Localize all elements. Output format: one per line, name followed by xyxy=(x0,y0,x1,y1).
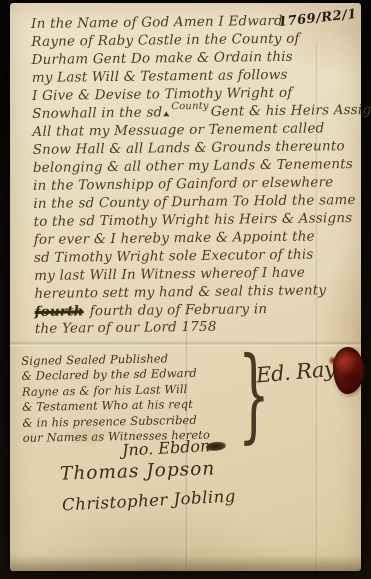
interlinear-insertion: County xyxy=(171,97,209,115)
ink-blot xyxy=(206,441,226,451)
paper-edge-shadow xyxy=(10,555,361,571)
date-line-text: fourth day of February in xyxy=(90,301,268,319)
manuscript-line: the Year of our Lord 1758 xyxy=(35,317,355,339)
wax-seal-drip xyxy=(328,356,338,365)
witness-signature-2: Thomas Jopson xyxy=(60,458,216,484)
will-body-text: In the Name of God Amen I Edward Rayne o… xyxy=(31,12,355,339)
witness-signature-3: Christopher Jobling xyxy=(62,486,237,514)
line-text-after-insert: Gent & his Heirs Assigns xyxy=(211,101,371,119)
witness-name: Thomas Jopson xyxy=(60,458,216,484)
caret-insertion-mark xyxy=(163,111,169,116)
witness-name: Christopher Jobling xyxy=(62,486,237,514)
line-text-before-insert: Snowhall in the sd xyxy=(32,104,162,122)
attestation-bracket: } xyxy=(238,344,250,446)
red-wax-seal xyxy=(333,347,364,394)
attestation-clause: Signed Sealed Published & Declared by th… xyxy=(21,350,241,446)
witness-signature-1: Jno. Ebdon xyxy=(122,435,227,459)
witness-name: Jno. Ebdon xyxy=(122,436,211,460)
struck-out-word: fourth xyxy=(35,303,84,320)
manuscript-page: 1769/R2/1 In the Name of God Amen I Edwa… xyxy=(10,3,361,571)
